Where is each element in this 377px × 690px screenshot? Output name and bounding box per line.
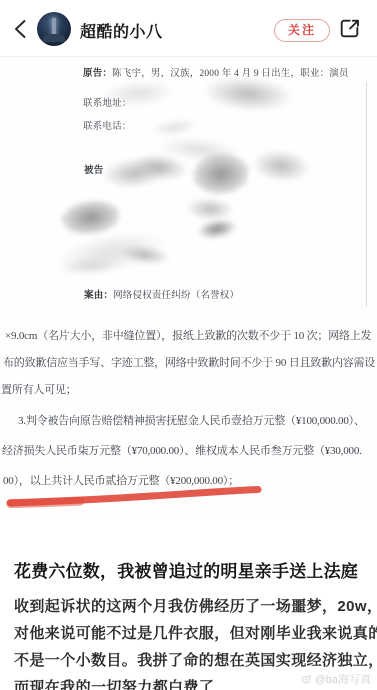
doc-case-value: 网络侵权责任纠纷（名誉权）: [113, 291, 239, 301]
watermark: @ba海写真: [300, 671, 371, 687]
post-body-line: 而现在我的一切努力都白费了: [14, 676, 214, 690]
post-body-line: 收到起诉状的这两个月我仿佛经历了一场噩梦，20w，: [14, 595, 377, 616]
watermark-logo-icon: [300, 673, 312, 685]
doc-case-label: 案由：: [84, 291, 113, 301]
post-body-line: 对他来说可能不过是几件衣服，但对刚毕业我来说真的: [14, 622, 377, 643]
header-bar: 超酷的小八 关注: [0, 0, 377, 57]
avatar-graphic: [52, 18, 56, 35]
redaction-scribble: [249, 146, 314, 185]
redaction-scribble: [97, 77, 179, 111]
post-body-line: 不是一个小数目。我拼了命的想在英国实现经济独立，: [14, 649, 377, 670]
weibo-post-page: 超酷的小八 关注 原告：陈飞宇，男，汉族，2000 年 4 月 9 日出生，职业…: [0, 0, 377, 690]
doc-body-line: 置所有人可见；: [1, 381, 77, 397]
doc-body-line: 3.判令被告向原告赔偿精神损害抚慰金人民币壹拾万元整（¥100,000.00）、: [18, 412, 365, 428]
red-marker-underline: [0, 480, 377, 520]
doc-phone-label: 联系电话：: [83, 118, 132, 132]
follow-button[interactable]: 关注: [274, 19, 330, 42]
username[interactable]: 超酷的小八: [80, 19, 163, 42]
back-button[interactable]: [8, 16, 34, 42]
watermark-text: @ba海写真: [315, 671, 371, 687]
doc-body-line: 布的致歉信应当手写、字迹工整，网络中致歉时间不少于 90 日且致歉内容需设: [3, 354, 375, 370]
doc-body-line: ×9.0cm（名片大小，非中缝位置），报纸上致歉的次数不少于 10 次；网络上发: [5, 327, 371, 343]
avatar[interactable]: [37, 12, 71, 46]
avatar-graphic-base: [43, 34, 65, 42]
doc-plaintiff-line: 原告：陈飞宇，男，汉族，2000 年 4 月 9 日出生，职业：演员: [83, 65, 349, 79]
share-button[interactable]: [337, 16, 362, 41]
paper-edge-line: [366, 82, 367, 307]
doc-plaintiff-label: 原告：: [83, 69, 112, 79]
share-export-icon: [337, 16, 362, 41]
redaction-scribble: [199, 73, 297, 116]
chevron-left-icon: [8, 16, 34, 42]
doc-body-line: 经济损失人民币柒万元整（¥70,000.00）、维权成本人民币叁万元整（¥30,…: [2, 442, 362, 458]
post-headline: 花费六位数，我被曾追过的明星亲手送上法庭: [14, 557, 358, 582]
doc-case-line: 案由：网络侵权责任纠纷（名誉权）: [84, 287, 239, 301]
post-image-court-document[interactable]: 原告：陈飞宇，男，汉族，2000 年 4 月 9 日出生，职业：演员 联系地址：…: [0, 57, 377, 515]
